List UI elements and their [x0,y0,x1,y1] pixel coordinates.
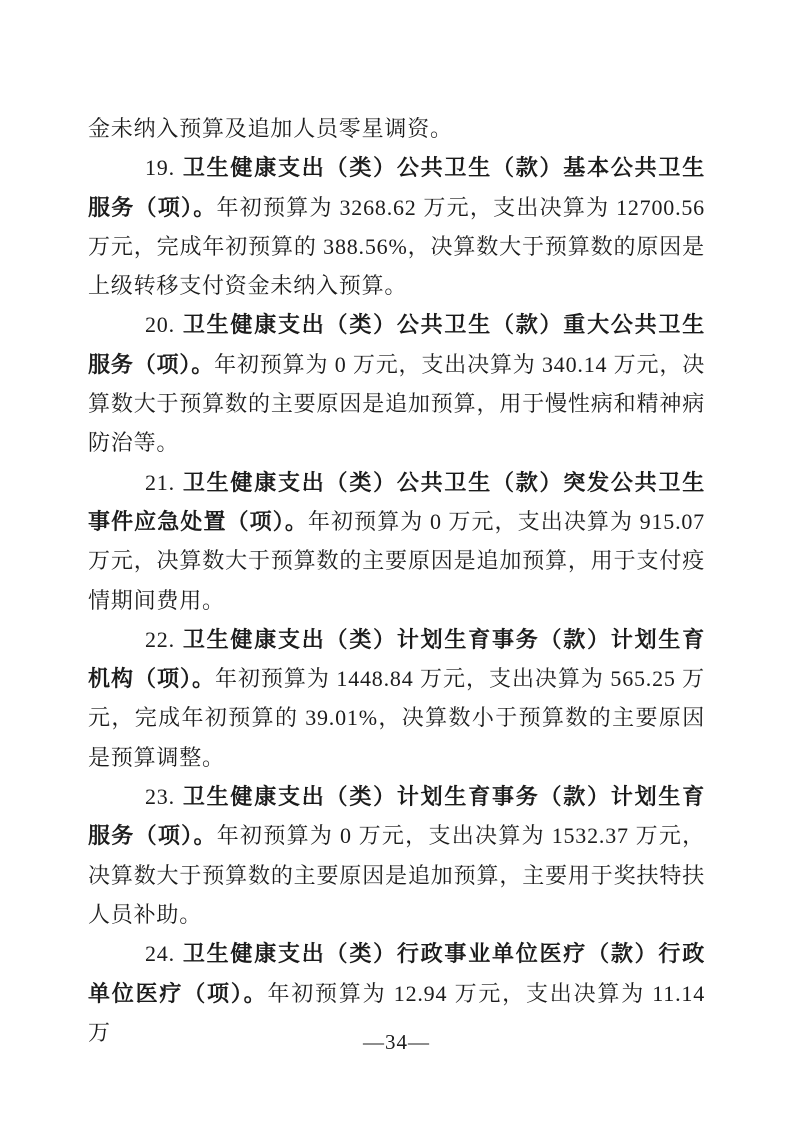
continuation-text: 金未纳入预算及追加人员零星调资。 [88,109,705,148]
paragraph-23: 23.卫生健康支出（类）计划生育事务（款）计划生育服务（项）。年初预算为 0 万… [88,777,705,934]
item-number: 20. [145,312,175,337]
paragraph-19: 19.卫生健康支出（类）公共卫生（款）基本公共卫生服务（项）。年初预算为 326… [88,148,705,305]
document-page: 金未纳入预算及追加人员零星调资。 19.卫生健康支出（类）公共卫生（款）基本公共… [0,0,793,1122]
item-number: 22. [145,627,175,652]
document-body: 金未纳入预算及追加人员零星调资。 19.卫生健康支出（类）公共卫生（款）基本公共… [88,109,705,1052]
paragraph-22: 22.卫生健康支出（类）计划生育事务（款）计划生育机构（项）。年初预算为 144… [88,620,705,777]
paragraph-20: 20.卫生健康支出（类）公共卫生（款）重大公共卫生服务（项）。年初预算为 0 万… [88,305,705,462]
item-number: 19. [145,155,175,180]
item-number: 23. [145,784,175,809]
paragraph-21: 21.卫生健康支出（类）公共卫生（款）突发公共卫生事件应急处置（项）。年初预算为… [88,463,705,620]
page-number: —34— [88,1030,705,1055]
item-number: 21. [145,470,175,495]
item-number: 24. [145,941,175,966]
